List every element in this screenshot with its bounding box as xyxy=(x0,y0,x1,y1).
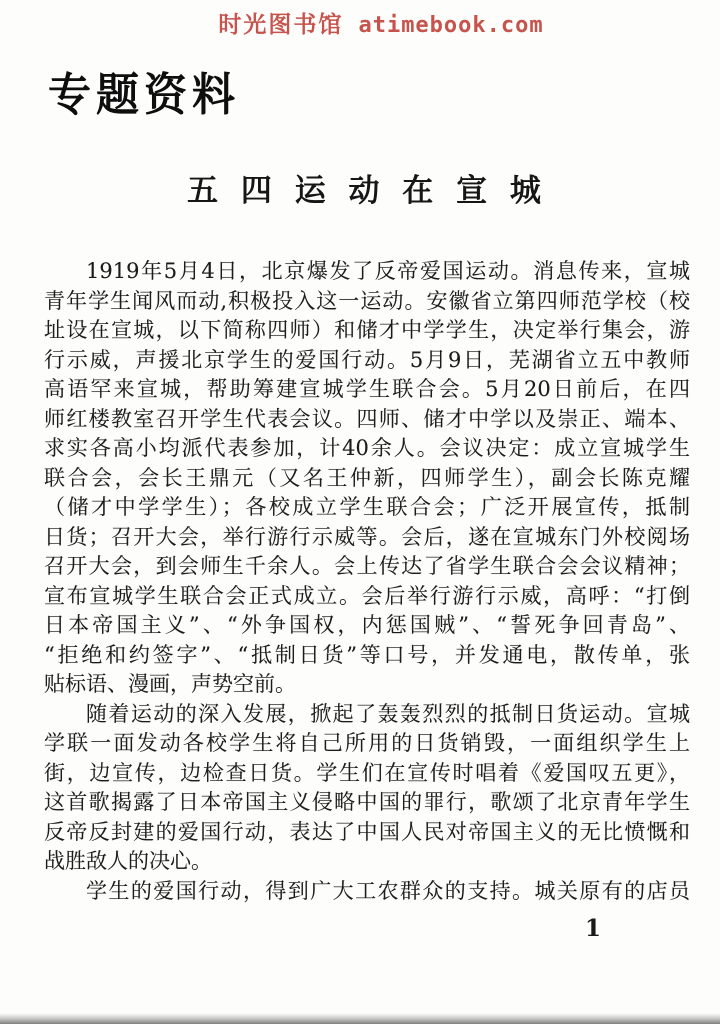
body-text-line: 行示威，声援北京学生的爱国行动。5月9日，芜湖省立五中教师 xyxy=(44,346,690,376)
body-text-line: 高语罕来宣城，帮助筹建宣城学生联合会。5月20日前后，在四 xyxy=(44,375,690,405)
watermark-site-name: 时光图书馆 xyxy=(218,12,343,38)
body-text-line: 召开大会，到会师生千余人。会上传达了省学生联合会会议精神； xyxy=(44,552,690,582)
body-text-line: 日本帝国主义”、“外争国权，内惩国贼”、“誓死争回青岛”、 xyxy=(44,611,690,641)
body-text-line: 学生的爱国行动，得到广大工农群众的支持。城关原有的店员 xyxy=(44,877,690,907)
page-edge-shadow xyxy=(0,1013,720,1024)
body-text-line: 街，边宣传，边检查日货。学生们在宣传时唱着《爱国叹五更》， xyxy=(44,759,690,789)
body-text-line: 这首歌揭露了日本帝国主义侵略中国的罪行，歌颂了北京青年学生 xyxy=(44,788,690,818)
body-text-line: 宣布宣城学生联合会正式成立。会后举行游行示威，高呼：“打倒 xyxy=(44,582,690,612)
body-text-line: 随着运动的深入发展，掀起了轰轰烈烈的抵制日货运动。宣城 xyxy=(44,700,690,730)
article-title: 五 四 运 动 在 宣 城 xyxy=(44,165,690,210)
body-text-line: 日货；召开大会，举行游行示威等。会后，遂在宣城东门外校阅场 xyxy=(44,523,690,553)
body-text-line: 青年学生闻风而动,积极投入这一运动。安徽省立第四师范学校（校 xyxy=(44,287,690,317)
body-text-line: 战胜敌人的决心。 xyxy=(44,847,690,877)
scanned-page: 时光图书馆 atimebook.com 专题资料 五 四 运 动 在 宣 城 1… xyxy=(0,0,720,1024)
body-text-line: 1919年5月4日，北京爆发了反帝爱国运动。消息传来，宣城 xyxy=(44,257,690,287)
body-text-line: 反帝反封建的爱国行动，表达了中国人民对帝国主义的无比愤慨和 xyxy=(44,818,690,848)
page-number: 1 xyxy=(585,915,601,942)
article-body: 1919年5月4日，北京爆发了反帝爱国运动。消息传来，宣城青年学生闻风而动,积极… xyxy=(44,257,690,906)
watermark-site-url: atimebook.com xyxy=(358,13,543,38)
section-header: 专题资料 xyxy=(48,60,240,123)
body-text-line: 师红楼教室召开学生代表会议。四师、储才中学以及崇正、端本、 xyxy=(44,405,690,435)
watermark: 时光图书馆 atimebook.com xyxy=(0,6,720,39)
body-text-line: 学联一面发动各校学生将自己所用的日货销毁，一面组织学生上 xyxy=(44,729,690,759)
body-text-line: “拒绝和约签字”、“抵制日货”等口号，并发通电，散传单，张 xyxy=(44,641,690,671)
body-text-line: 址设在宣城，以下简称四师）和储才中学学生，决定举行集会，游 xyxy=(44,316,690,346)
body-text-line: 贴标语、漫画，声势空前。 xyxy=(44,670,690,700)
body-text-line: （储才中学学生）；各校成立学生联合会；广泛开展宣传，抵制 xyxy=(44,493,690,523)
body-text-line: 求实各高小均派代表参加，计40余人。会议决定：成立宣城学生 xyxy=(44,434,690,464)
body-text-line: 联合会，会长王鼎元（又名王仲新，四师学生），副会长陈克耀 xyxy=(44,464,690,494)
